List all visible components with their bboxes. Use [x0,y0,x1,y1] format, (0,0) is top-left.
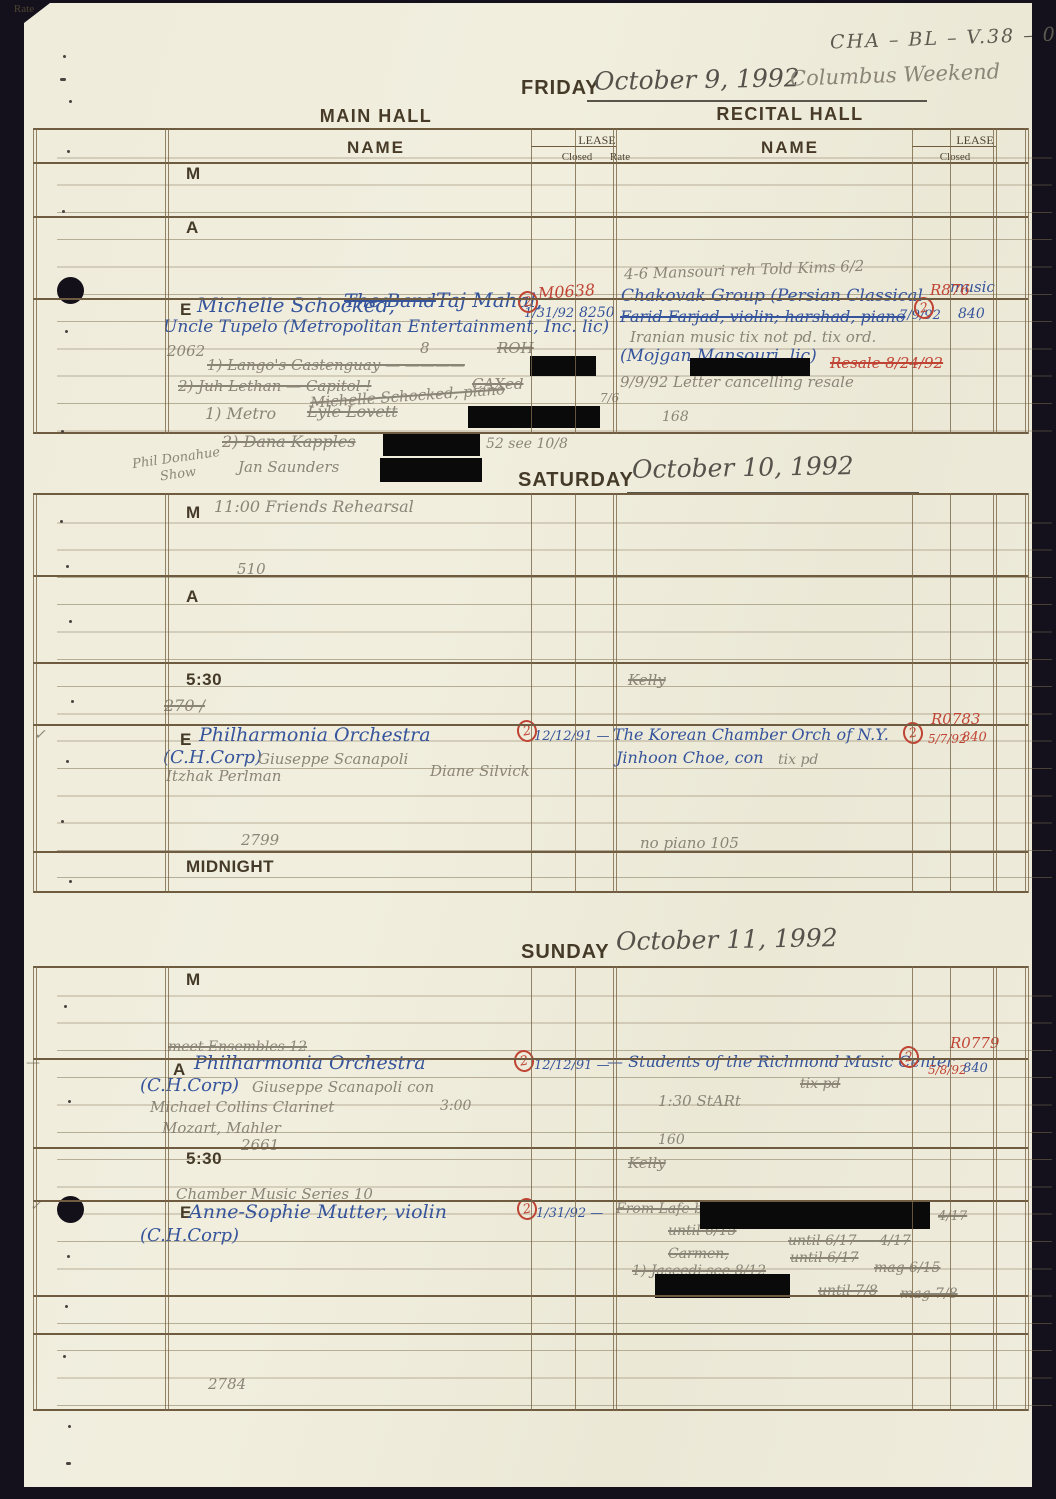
handwriting-note: 2784 [208,1377,246,1392]
handwriting-note: Michael Collins Clarinet [150,1100,334,1115]
handwriting-note: Giuseppe Scanapoli con [252,1080,434,1095]
table-column-line [33,128,34,434]
printed-row-marker: 5:30 [186,671,222,688]
torn-edge-speck [68,1425,71,1428]
handwriting-note: Uncle Tupelo (Metropolitan Entertainment… [163,319,609,336]
table-column-line [33,966,34,1411]
handwriting-note: Resale 8/24/92 [830,356,943,371]
table-column-line [575,966,576,1411]
handwriting-note: 2) Dana Kapples [222,434,356,450]
torn-edge-speck [65,1305,68,1308]
table-column-line [36,493,37,893]
handwriting-note: The Band [344,292,436,311]
table-column-line [950,128,951,434]
redaction-box [530,356,596,376]
lease-header-divider [531,146,616,147]
handwriting-note: 12/12/91 — [534,1059,610,1072]
redaction-box [468,406,600,428]
torn-edge-speck [67,150,70,153]
handwriting-note: (C.H.Corp) [140,1227,239,1245]
table-column-line [912,966,913,1411]
lease-header-divider [912,146,996,147]
ruled-block-saturday [57,496,1052,896]
table-column-line [1028,493,1029,893]
torn-edge-speck [71,700,74,703]
scanned-ledger-page: CHA – BL – V.38 – 015 FRIDAY October 9, … [0,0,1056,1499]
table-column-line [531,966,532,1411]
handwriting-note: (C.H.Corp) [140,1077,239,1095]
redaction-box [380,458,482,482]
table-column-line [575,128,576,434]
table-column-line [531,493,532,893]
recital-hall-header: RECITAL HALL [716,104,863,125]
torn-edge-speck [69,620,72,623]
table-column-line [168,493,169,893]
printed-row-marker: E [180,301,192,318]
handwriting-note: Carmen, [668,1247,729,1261]
handwriting-note: 5/7/92 [928,733,967,745]
day-date-sunday: October 11, 1992 [616,923,838,956]
table-column-line [613,966,614,1411]
handwriting-note: Anne-Sophie Mutter, violin [189,1203,447,1222]
table-column-line [531,128,532,434]
table-column-line [1028,128,1029,434]
table-column-line [165,493,166,893]
torn-edge-speck [65,330,68,333]
day-label-saturday: SATURDAY [518,469,634,492]
handwriting-note: 1:30 StARt [658,1094,741,1109]
handwriting-note: 270 / [164,698,205,714]
archive-code: CHA – BL – V.38 – 015 [830,23,1056,54]
table-column-line [993,493,994,893]
handwriting-note: Kelly [628,1156,666,1171]
table-column-line [168,128,169,434]
torn-edge-speck [67,1255,70,1258]
handwriting-note: 840 [958,307,985,321]
handwriting-note: Jinhoon Choe, con [616,750,764,766]
printed-row-marker: E [180,731,192,748]
day-date-saturday: October 10, 1992 [632,451,854,484]
date-underline [587,100,927,102]
printed-row-marker: 5:30 [186,1150,222,1167]
handwriting-note: Farid Farjad, violin; harshad, piano [620,309,905,325]
handwriting-note: until 6/17 — 4/17 [788,1234,911,1248]
printed-row-marker: M [186,165,201,182]
torn-edge-speck [60,78,66,81]
handwriting-note: 52 see 10/8 [486,437,568,451]
torn-edge-speck [69,880,72,883]
handwriting-note: 3:00 [440,1099,471,1113]
day-date-friday: October 9, 1992 [594,63,800,96]
table-column-line [1025,493,1026,893]
printed-row-marker: A [186,219,199,236]
table-column-line [912,493,913,893]
handwriting-note: 12/12/91 — [534,730,610,743]
torn-edge-speck [63,55,66,58]
table-column-line [616,966,617,1411]
printed-row-marker: M [186,971,201,988]
handwriting-note: mag 6/15 [874,1261,940,1275]
handwriting-note: 840 [962,731,987,744]
torn-edge-speck [62,210,65,213]
printed-row-marker: M [186,504,201,521]
torn-edge-speck [68,1100,71,1103]
table-column-line [613,493,614,893]
rate-column-header-recital: Rate [14,3,34,15]
table-column-line [993,966,994,1411]
handwriting-note: 2062 [167,344,205,359]
torn-edge-speck [63,1355,66,1358]
handwriting-note: 5/8/92 [928,1064,967,1076]
handwriting-note: Jan Saunders [238,460,339,475]
table-column-line [613,128,614,434]
handwriting-note: 1) Lango's Castenguay — ———— [207,358,465,373]
handwriting-note: 4/17 [938,1210,967,1223]
table-column-line [36,966,37,1411]
handwriting-note: mag 7/8 [900,1287,958,1301]
torn-edge-speck [61,820,64,823]
torn-edge-speck [60,520,63,523]
day-note-columbus-weekend: Columbus Weekend [790,59,1001,90]
table-column-line [165,128,166,434]
handwriting-note: Giuseppe Scanapoli [258,752,408,767]
handwriting-note: 2799 [241,833,279,848]
handwriting-note: 9/9/92 Letter cancelling resale [620,375,854,390]
table-column-line [575,493,576,893]
torn-edge-speck [66,565,69,568]
handwriting-note: until 6/17 [790,1251,859,1265]
table-column-line [996,128,997,434]
table-column-line [33,493,34,893]
handwriting-note: 8 [420,341,430,356]
table-column-line [1025,128,1026,434]
handwriting-note: tix pd [800,1077,840,1091]
torn-edge-speck [64,1005,67,1008]
day-label-friday: FRIDAY [521,77,600,100]
table-column-line [993,128,994,434]
torn-edge-speck [61,430,64,433]
handwriting-note: (C.H.Corp) [163,749,262,767]
table-column-line [912,128,913,434]
handwriting-note: The Korean Chamber Orch of N.Y. [613,727,889,743]
day-label-sunday: SUNDAY [521,941,610,964]
table-column-line [950,966,951,1411]
handwriting-note: 840 [963,1062,988,1075]
table-column-line [616,128,617,434]
table-column-line [950,493,951,893]
redaction-box [690,358,810,376]
handwriting-note: Show [159,466,197,484]
table-column-line [165,966,166,1411]
handwriting-note: Mozart, Mahler [162,1121,281,1136]
handwriting-note: Philharmonia Orchestra [199,726,431,745]
handwriting-note: Chakovak Group (Persian Classical [621,288,923,305]
handwriting-note: Itzhak Perlman [166,769,281,784]
table-column-line [1028,966,1029,1411]
printed-row-marker: MIDNIGHT [186,858,274,875]
printed-row-marker: A [186,588,199,605]
handwriting-note: Philharmonia Orchestra [194,1054,426,1073]
torn-edge-speck [66,760,69,763]
paper-sheet: CHA – BL – V.38 – 015 FRIDAY October 9, … [24,3,1032,1487]
handwriting-note: 160 [658,1133,685,1147]
redaction-box [383,433,480,456]
table-column-line [996,493,997,893]
handwriting-note: Diane Silvick [430,764,530,779]
table-column-line [616,493,617,893]
handwriting-note: Kelly [628,673,666,688]
handwriting-note: 1/31/92 — [536,1207,603,1220]
table-column-line [168,966,169,1411]
table-column-line [36,128,37,434]
table-column-line [1025,966,1026,1411]
main-hall-header: MAIN HALL [320,106,432,127]
handwriting-note: tix pd [778,753,818,767]
torn-edge-speck [69,100,72,103]
handwriting-note: 11:00 Friends Rehearsal [214,499,414,515]
handwriting-note: 2661 [241,1138,279,1153]
handwriting-note: Iranian music tix not pd. tix ord. [630,330,876,345]
handwriting-note: Lyle Lovett [307,404,398,420]
handwriting-note: 1) Metro [205,406,276,422]
table-column-line [996,966,997,1411]
handwriting-note: no piano 105 [640,836,739,851]
redaction-box [700,1201,930,1229]
torn-edge-speck [66,1462,71,1465]
handwriting-note: ROH [497,341,534,356]
handwriting-note: 168 [662,410,689,424]
